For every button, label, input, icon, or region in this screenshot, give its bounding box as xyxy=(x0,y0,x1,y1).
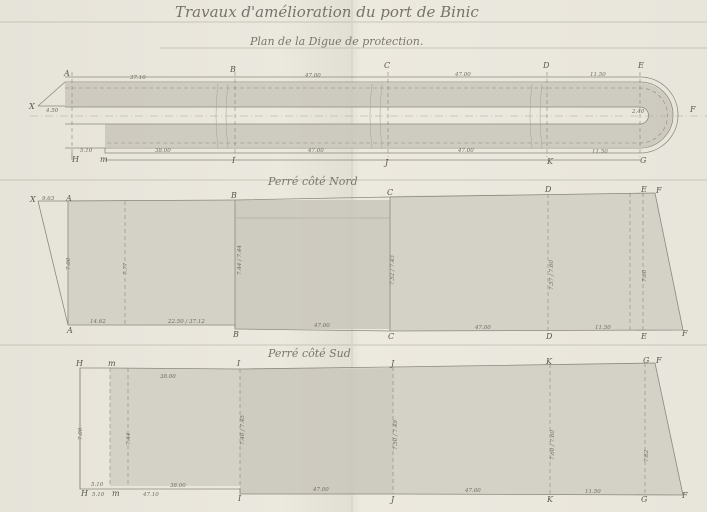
nord-height-e: 7.60 xyxy=(642,269,648,282)
drawing-title: Travaux d'amélioration du port de Binic xyxy=(175,3,479,21)
nord-point-d-top: D xyxy=(544,185,552,194)
nord-height-a: 7.00 xyxy=(66,257,72,270)
sud-height-j: 7.50 / 7.49 xyxy=(393,420,399,450)
point-d: D xyxy=(542,61,550,70)
sud-dim-below-2: 47.10 xyxy=(142,492,159,498)
point-b: B xyxy=(229,65,236,74)
sud-point-k-bot: K xyxy=(546,495,554,504)
nord-dim-xa: 9.63 xyxy=(42,196,55,202)
dim-jk: 47.00 xyxy=(457,148,474,154)
nord-point-f-bot: F xyxy=(681,329,688,338)
sud-dim-3: 47.00 xyxy=(312,487,329,493)
sud-point-m-top: m xyxy=(108,359,116,368)
sud-subtitle: Perré côté Sud xyxy=(267,347,351,360)
dim-ab: 37.10 xyxy=(130,75,146,81)
nord-height-1: 7.77 xyxy=(123,262,129,275)
dim-kg: 11.50 xyxy=(592,149,608,155)
plan-subtitle: Plan de la Digue de protection. xyxy=(249,35,423,48)
sud-height-h: 7.00 xyxy=(78,427,84,440)
dim-hm: 5.10 xyxy=(80,148,93,154)
dim-x: 4.50 xyxy=(45,108,59,114)
nord-point-e-top: E xyxy=(640,185,647,194)
nord-dim-3: 47.00 xyxy=(313,323,330,329)
sud-height-k: 7.60 / 7.60 xyxy=(550,430,556,460)
sud-point-k-top: K xyxy=(545,357,553,366)
sud-point-g-top: G xyxy=(643,356,650,365)
dim-cd: 47.00 xyxy=(454,72,471,78)
nord-point-b-bot: B xyxy=(232,330,239,339)
nord-dim-4: 47.00 xyxy=(474,325,491,331)
drawing-sheet: Travaux d'amélioration du port de Binic … xyxy=(0,0,707,512)
sud-point-f-bot: F xyxy=(681,491,688,500)
sud-point-m-bot: m xyxy=(112,489,120,498)
dim-bc: 47.00 xyxy=(304,73,321,79)
sud-dim-1: 5.10 xyxy=(91,482,104,488)
point-a: A xyxy=(63,69,70,78)
point-j: J xyxy=(383,158,389,167)
point-x: X xyxy=(28,102,35,111)
nord-point-b-top: B xyxy=(230,191,237,200)
nord-dim-2: 22.50 / 37.12 xyxy=(167,319,205,325)
sud-height-g: 7.62 xyxy=(644,449,650,462)
nord-elevation: X A B C D E F A B C D E F 9.63 14.62 22.… xyxy=(29,185,688,341)
point-k: K xyxy=(546,157,554,166)
sud-dim-4: 47.00 xyxy=(464,488,481,494)
point-m: m xyxy=(100,155,108,164)
sud-height-i: 7.40 / 7.45 xyxy=(240,415,246,445)
nord-height-d: 7.57 / 7.60 xyxy=(549,260,555,290)
sud-point-i-bot: I xyxy=(237,494,242,503)
sud-height-m: 7.44 xyxy=(126,432,132,445)
point-g: G xyxy=(640,156,647,165)
sud-point-h-top: H xyxy=(75,359,84,368)
nord-point-d-bot: D xyxy=(545,332,553,341)
point-i: I xyxy=(231,156,236,165)
nord-point-c-top: C xyxy=(387,188,393,197)
nord-point-e-bot: E xyxy=(640,332,647,341)
sud-elevation: H m I J K G F H m I J K G F 38.00 5.10 3… xyxy=(75,356,688,504)
sud-dim-top: 38.00 xyxy=(160,374,176,380)
nord-subtitle: Perré côté Nord xyxy=(267,175,358,188)
dim-mi: 38.00 xyxy=(155,148,171,154)
nord-point-x: X xyxy=(29,195,36,204)
sud-dim-5: 11.50 xyxy=(585,489,601,495)
nord-dim-5: 11.50 xyxy=(595,325,611,331)
sud-point-j-bot: J xyxy=(389,495,395,504)
nord-point-a-bot: A xyxy=(66,326,73,335)
point-e: E xyxy=(637,61,644,70)
plan-view: A B C D E X F H m I J K G 37.10 47.00 47… xyxy=(28,61,707,167)
dim-head: 2.40 xyxy=(631,109,645,115)
nord-height-b: 7.44 / 7.44 xyxy=(237,245,243,275)
nord-point-c-bot: C xyxy=(388,332,394,341)
nord-dim-1: 14.62 xyxy=(90,319,106,325)
sud-dim-2: 38.00 xyxy=(170,483,186,489)
point-h: H xyxy=(71,155,80,164)
nord-point-f-top: F xyxy=(655,186,662,195)
dim-ij: 47.00 xyxy=(307,148,324,154)
sud-point-i-top: I xyxy=(236,359,241,368)
technical-drawing: Travaux d'amélioration du port de Binic … xyxy=(0,0,707,512)
sud-point-h-bot: H xyxy=(80,489,89,498)
dim-de: 11.50 xyxy=(590,72,606,78)
point-c: C xyxy=(384,61,390,70)
point-f: F xyxy=(689,105,696,114)
nord-point-a-top: A xyxy=(65,194,72,203)
sud-point-g-bot: G xyxy=(641,495,648,504)
sud-point-f-top: F xyxy=(655,356,662,365)
nord-height-c: 7.52 / 7.43 xyxy=(390,255,396,285)
sud-dim-below-1: 5.10 xyxy=(92,492,105,498)
